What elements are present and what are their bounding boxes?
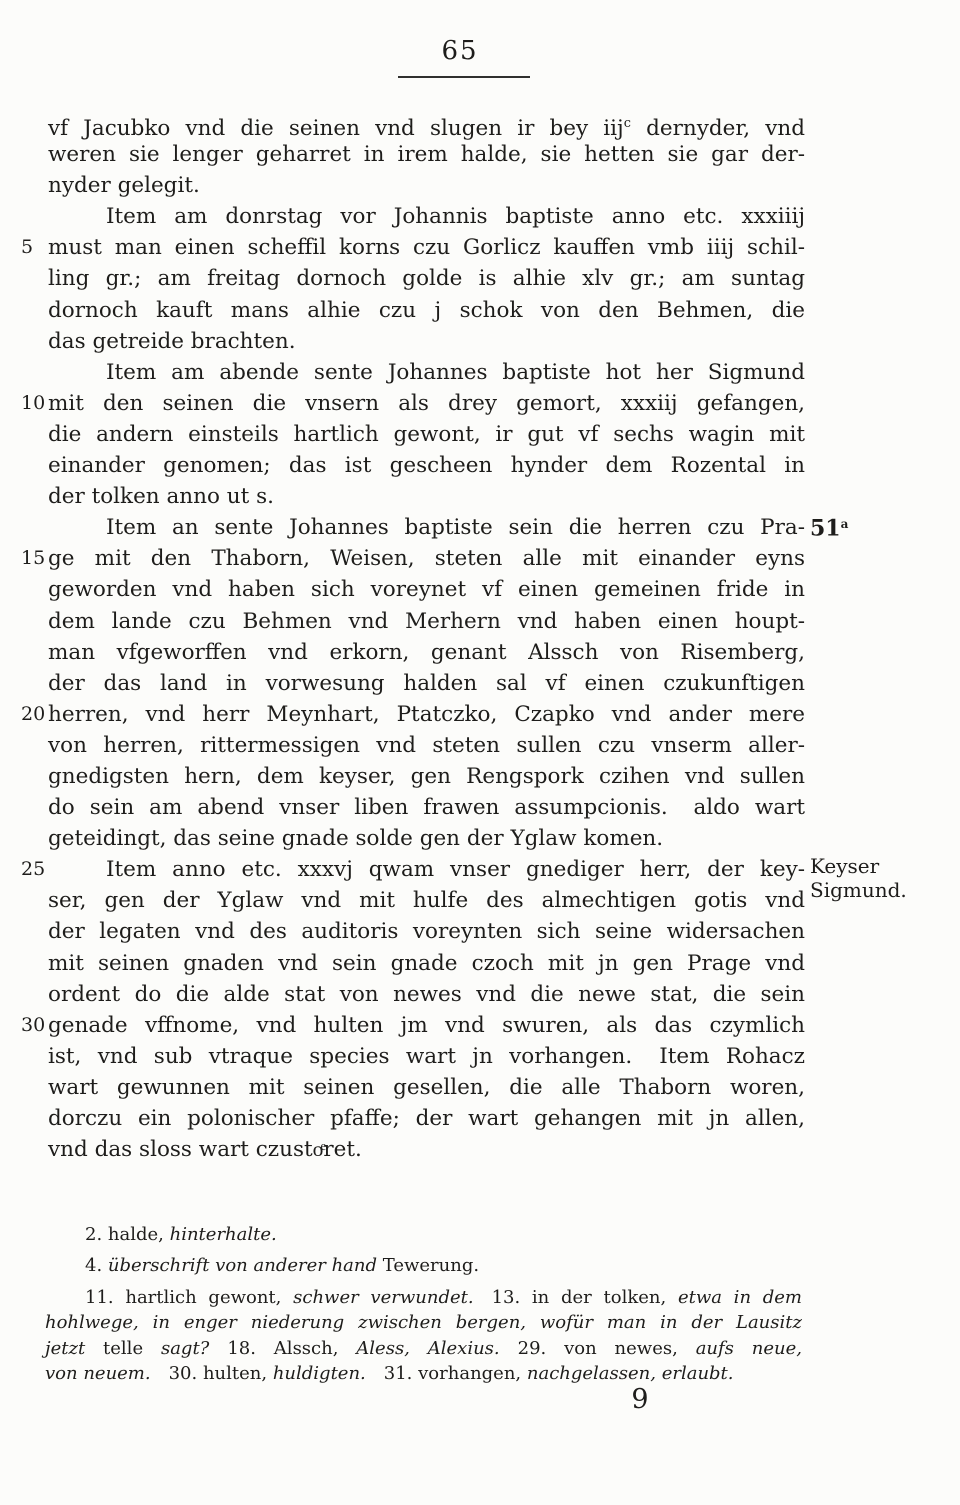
text-segment: das getreide brachten. [48,329,296,354]
footnote-line: 2. halde, hinterhalte. [45,1222,802,1247]
text-line: 15ge mit den Thaborn, Weisen, steten all… [48,543,805,574]
text-line: vnd das sloss wart czustoͤret. [48,1134,805,1165]
text-segment: geteidingt, das seine gnade solde gen de… [48,826,663,851]
text-segment: 13. in der tolken, [492,1287,678,1308]
text-line: der tolken anno ut s. [48,481,805,512]
text-segment: dornoch kauft mans alhie czu j schok von… [48,298,805,323]
text-segment: von herren, rittermessigen vnd steten su… [48,733,805,758]
text-segment: man vfgeworffen vnd erkorn, genant Alssc… [48,640,805,665]
text-line: 20herren, vnd herr Meynhart, Ptatczko, C… [48,699,805,730]
text-segment [474,1287,492,1308]
text-segment: 4. [85,1255,108,1276]
text-segment: nyder gelegit. [48,173,200,198]
page-number: 65 [395,36,525,66]
text-segment: vf Jacubko vnd die seinen vnd slugen ir … [48,116,624,141]
margin-line-number: 20 [21,699,45,730]
text-line: mit seinen gnaden vnd sein gnade czoch m… [48,948,805,979]
text-line: 5must man einen scheffil korns czu Gorli… [48,232,805,263]
footnote-line: jetzt telle sagt? 18. Alssch, Aless, Ale… [45,1336,802,1361]
margin-line-number: 10 [21,388,45,419]
text-segment: mit den seinen die vnsern als drey gemor… [48,391,805,416]
text-line: das getreide brachten. [48,326,805,357]
footnote-line: 11. hartlich gewont, schwer verwundet. 1… [45,1285,802,1310]
text-segment: ling gr.; am freitag dornoch golde is al… [48,266,805,291]
text-segment: von neuem. [45,1363,151,1384]
text-segment: 29. von newes, [518,1338,696,1359]
text-segment: überschrift von anderer hand [108,1255,377,1276]
text-line: 30genade vffnome, vnd hulten jm vnd swur… [48,1010,805,1041]
text-segment [151,1363,169,1384]
text-segment: dernyder, vnd [631,116,805,141]
text-segment: ge mit den Thaborn, Weisen, steten alle … [48,546,805,571]
text-segment: die andern einsteils hartlich gewont, ir… [48,422,805,447]
text-segment: Item an sente Johannes baptiste sein die… [106,515,805,540]
text-line: do sein am abend vnser liben frawen assu… [48,792,805,823]
text-line: dorczu ein polonischer pfaffe; der wart … [48,1103,805,1134]
text-line: ser, gen der Yglaw vnd mit hulfe des alm… [48,885,805,916]
text-line: dornoch kauft mans alhie czu j schok von… [48,295,805,326]
book-page: 65 vf Jacubko vnd die seinen vnd slugen … [0,0,960,1505]
text-line: wart gewunnen mit seinen gesellen, die a… [48,1072,805,1103]
text-segment: herren, vnd herr Meynhart, Ptatczko, Cza… [48,702,805,727]
text-segment: dorczu ein polonischer pfaffe; der wart … [48,1106,805,1131]
text-segment: ist, vnd sub vtraque species wart jn vor… [48,1044,805,1069]
text-segment: ser, gen der Yglaw vnd mit hulfe des alm… [48,888,805,913]
text-line: der legaten vnd des auditoris voreynten … [48,916,805,947]
text-segment: Keyser [810,854,879,878]
text-line: dem lande czu Behmen vnd Merhern vnd hab… [48,606,805,637]
text-segment: sagt? [161,1338,209,1359]
text-segment [366,1363,384,1384]
margin-note: KeyserSigmund. [810,855,960,902]
text-segment: 51 [810,516,841,542]
text-segment: 11. hartlich gewont, [85,1287,293,1308]
text-line: Item am donrstag vor Johannis baptiste a… [48,201,805,232]
text-segment: aufs neue, [696,1338,802,1359]
text-segment: 2. halde, [85,1224,170,1245]
text-line: ling gr.; am freitag dornoch golde is al… [48,263,805,294]
text-segment: do sein am abend vnser liben frawen assu… [48,795,805,820]
text-segment: dem lande czu Behmen vnd Merhern vnd hab… [48,609,805,634]
text-segment: Item am donrstag vor Johannis baptiste a… [106,204,805,229]
text-segment: hohlwege, in enger niederung zwischen be… [45,1312,802,1333]
text-segment: telle [85,1338,161,1359]
text-line: man vfgeworffen vnd erkorn, genant Alssc… [48,637,805,668]
text-segment: c [624,116,631,131]
text-line: Item an sente Johannes baptiste sein die… [48,512,805,543]
text-segment: der das land in vorwesung halden sal vf … [48,671,805,696]
text-segment: wart gewunnen mit seinen gesellen, die a… [48,1075,805,1100]
text-segment: 31. vorhangen, [384,1363,527,1384]
text-segment: jetzt [45,1338,85,1359]
text-line: ordent do die alde stat von newes vnd di… [48,979,805,1010]
margin-note-row: Sigmund. [810,879,960,903]
text-line: gnedigsten hern, dem keyser, gen Rengspo… [48,761,805,792]
text-segment: Aless, Alexius. [356,1338,499,1359]
header-rule [398,76,530,78]
text-segment: etwa in dem [678,1287,802,1308]
footnotes-block: 2. halde, hinterhalte.4. überschrift von… [45,1222,802,1386]
text-segment: mit seinen gnaden vnd sein gnade czoch m… [48,951,805,976]
text-line: 25Item anno etc. xxxvj qwam vnser gnedig… [48,854,805,885]
text-segment: nachgelassen, erlaubt. [527,1363,734,1384]
text-segment [500,1338,518,1359]
text-segment: Item anno etc. xxxvj qwam vnser gnediger… [106,857,805,882]
text-line: geworden vnd haben sich voreynet vf eine… [48,574,805,605]
text-segment: must man einen scheffil korns czu Gorlic… [48,235,805,260]
text-segment: 18. Alssch, [227,1338,356,1359]
text-segment: Sigmund. [810,878,907,902]
footnote-line: 4. überschrift von anderer hand Tewerung… [45,1253,802,1278]
margin-line-number: 15 [21,543,45,574]
text-segment: Tewerung. [377,1255,479,1276]
text-segment: hinterhalte. [170,1224,277,1245]
margin-line-number: 30 [21,1010,45,1041]
text-segment: ordent do die alde stat von newes vnd di… [48,982,805,1007]
text-segment: schwer verwundet. [293,1287,473,1308]
text-line: ist, vnd sub vtraque species wart jn vor… [48,1041,805,1072]
text-segment: der legaten vnd des auditoris voreynten … [48,919,805,944]
text-line: nyder gelegit. [48,170,805,201]
text-segment: geworden vnd haben sich voreynet vf eine… [48,577,805,602]
text-segment: vnd das sloss wart czustoͤret. [48,1137,362,1162]
margin-note-row: Keyser [810,855,960,879]
text-line: von herren, rittermessigen vnd steten su… [48,730,805,761]
margin-line-number: 25 [21,854,45,885]
text-line: der das land in vorwesung halden sal vf … [48,668,805,699]
text-line: vf Jacubko vnd die seinen vnd slugen ir … [48,108,805,139]
text-segment: huldigten. [273,1363,366,1384]
main-text-block: vf Jacubko vnd die seinen vnd slugen ir … [48,108,805,1165]
text-segment: weren sie lenger geharret in irem halde,… [48,142,805,167]
margin-note-row: 51a [810,513,960,541]
text-segment: der tolken anno ut s. [48,484,274,509]
text-segment: genade vffnome, vnd hulten jm vnd swuren… [48,1013,805,1038]
text-segment [209,1338,227,1359]
margin-line-number: 5 [21,232,33,263]
text-segment: a [841,517,849,531]
text-line: geteidingt, das seine gnade solde gen de… [48,823,805,854]
text-segment: gnedigsten hern, dem keyser, gen Rengspo… [48,764,805,789]
footnote-line: hohlwege, in enger niederung zwischen be… [45,1310,802,1335]
text-line: Item am abende sente Johannes baptiste h… [48,357,805,388]
footnote-line: von neuem. 30. hulten, huldigten. 31. vo… [45,1361,802,1386]
text-line: 10mit den seinen die vnsern als drey gem… [48,388,805,419]
text-segment: Item am abende sente Johannes baptiste h… [106,360,805,385]
text-segment: 30. hulten, [169,1363,273,1384]
text-line: einander genomen; das ist gescheen hynde… [48,450,805,481]
margin-note: 51a [810,513,960,541]
text-segment: einander genomen; das ist gescheen hynde… [48,453,805,478]
text-line: weren sie lenger geharret in irem halde,… [48,139,805,170]
text-line: die andern einsteils hartlich gewont, ir… [48,419,805,450]
signature-mark: 9 [580,1384,700,1415]
